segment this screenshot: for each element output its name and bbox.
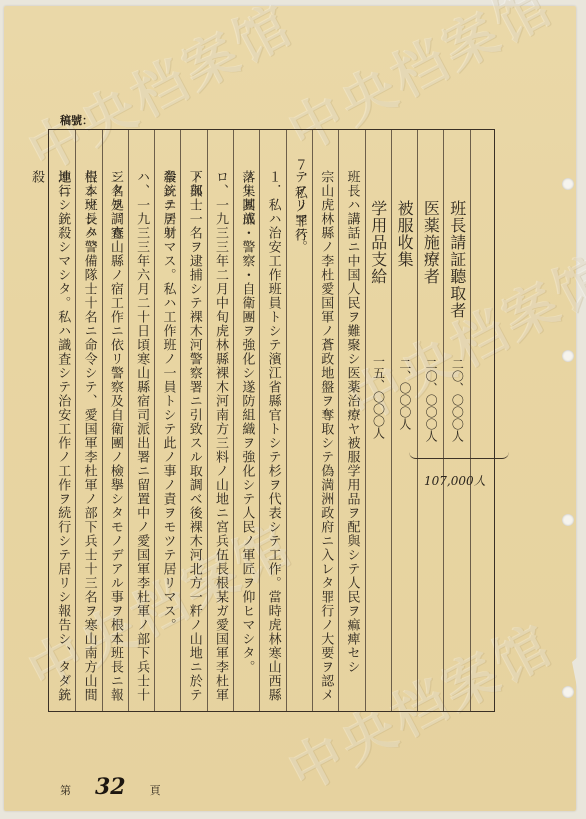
column-text: ７．私ノ罪行 [292,158,307,242]
text-column: ７．私ノ罪行 [286,130,312,711]
amount-value: 一五、〇〇〇人 [371,355,388,439]
manuscript-grid: 班長請証聽取者医薬施療者被服收集学用品支給班長ハ講話ニ中国人民ヲ難聚シ医薬治療ヤ… [48,129,495,712]
punch-hole [562,350,574,362]
page-number: 32 [95,774,126,800]
amount-value: 二〇、〇〇〇人 [423,358,440,442]
column-text: 殺シテ居リマス。私ハ工作班ノ一員トシテ此ノ事ノ責ヲモツテ居リマス。 [160,170,175,632]
text-column: ハ、一九三三年六月二十日頃寒山縣宿司派出署ニ留置中ノ愛国軍李杜軍ノ部下兵士十三名… [128,130,154,711]
text-column: 下與士一名ヲ逮捕シテ裸木河警察署ニ引致スル取調ベ後裸木河北方一粁ノ山地ニ於テ拳銃… [180,130,206,711]
text-column: 連行シ銃殺シマシタ。私ハ識査シテ治安工作ノ工作ヲ続行シテ居リシ報告シ、タダ銃殺 [49,130,75,711]
column-text: 連行シ銃殺シマシタ。私ハ識査シテ治安工作ノ工作ヲ続行シテ居リシ報告シ、タダ銃殺 [29,170,70,702]
text-column: 根本班長ハ警備隊士十名ニ命令シテ、愛国軍李杜軍ノ部下兵士十三名ヲ寒山南方山間地ニ [75,130,101,711]
sum-underline [409,452,509,459]
text-column: 落・其成・警察・自衛團ヲ強化シ遂防組織ヲ強化シテ人民ノ軍匠ヲ仰ヒマシタ。 [233,130,259,711]
punch-hole [562,514,574,526]
document-number-label: 稿號： [60,112,93,128]
column-text: 医薬施療者 [421,200,440,285]
text-column: ロ、一九三三年二月中旬虎林縣裸木河南方三料ノ山地ニ宮兵伍長根某ガ愛国軍李杜軍ノ部 [207,130,233,711]
column-text: 学用品支給 [369,200,388,285]
amount-value: 二、〇〇〇人 [397,358,414,430]
column-text: 班長ハ講話ニ中国人民ヲ難聚シ医薬治療ヤ被服学用品ヲ配與シテ人民ヲ痲痺セシ [345,170,360,674]
column-text: 被服收集 [395,200,414,268]
amount-value: 二〇、〇〇〇人 [449,358,466,442]
text-column: １．私ハ治安工作班員トシテ濱江省縣官トシテ杉ヲ代表シテ工作。當時虎林寒山西縣ノ集… [259,130,285,711]
text-column: シタ処、寒山縣ノ宿工作ニ依リ警察及自衛團ノ檢擧シタモノデアル事ヲ根本班長ニ報告シ… [102,130,128,711]
column-text: 落・其成・警察・自衛團ヲ強化シ遂防組織ヲ強化シテ人民ノ軍匠ヲ仰ヒマシタ。 [239,170,254,674]
page-footer: 第 32 頁 [60,774,161,800]
text-column: 班長ハ講話ニ中国人民ヲ難聚シ医薬治療ヤ被服学用品ヲ配與シテ人民ヲ痲痺セシ [338,130,364,711]
punch-hole [562,178,574,190]
grid-line [470,130,471,711]
page-suffix: 頁 [150,782,161,798]
column-text: 班長請証聽取者 [448,200,467,319]
text-column: 宗山虎林縣ノ李杜愛国軍ノ蒼政地盤ヲ奪取シテ偽満洲政府ニ入レタ罪行ノ大要ヲ認メテア… [312,130,338,711]
page-prefix: 第 [60,782,71,798]
total-amount: 107,000人 [424,472,486,489]
punch-hole [562,686,574,698]
text-column: 殺シテ居リマス。私ハ工作班ノ一員トシテ此ノ事ノ責ヲモツテ居リマス。 [154,130,180,711]
document-page: 中央档案馆 中央档案馆 中央档案馆 中央档案馆 中央档案馆 稿號： 班長請証聽取… [4,6,576,811]
